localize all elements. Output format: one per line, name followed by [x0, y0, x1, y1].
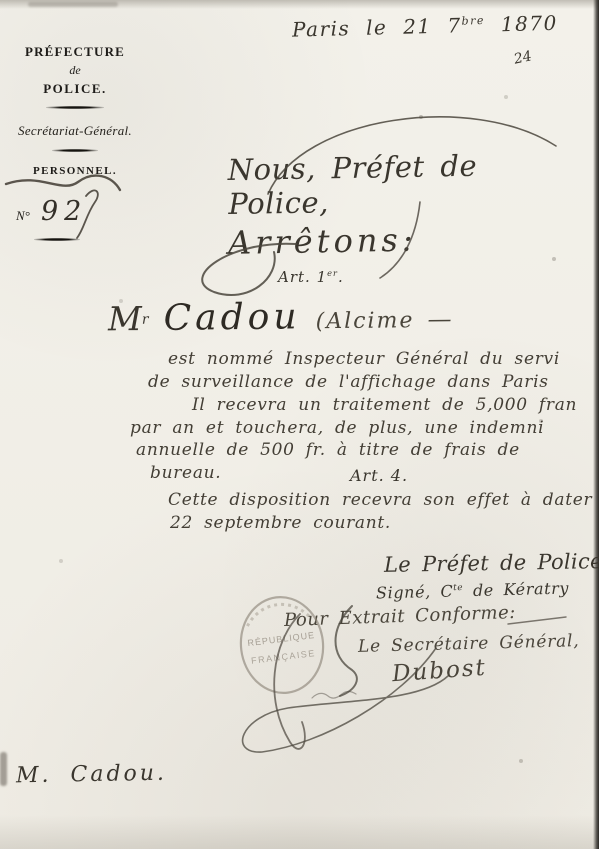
- appointee-dash: —: [427, 305, 451, 333]
- footer-reference: M. Cadou.: [16, 761, 167, 789]
- dateline-place-date: Paris le 21: [292, 14, 432, 42]
- letterhead-prefecture: PRÉFECTURE: [10, 44, 140, 60]
- appointee-forename: (Alcime: [316, 308, 415, 334]
- salutation: Nous, Préfet de Police,: [227, 147, 573, 221]
- dossier-number-value: 92: [41, 196, 87, 227]
- letterhead-police: POLICE.: [10, 81, 140, 97]
- body-line: Cette disposition recevra son effet à da…: [168, 490, 599, 510]
- appointee-title-superscript: r: [142, 312, 149, 328]
- appointee-title: M: [108, 299, 142, 338]
- letterhead-division: Secrétariat-Général.: [10, 123, 140, 139]
- letterhead-de: de: [10, 63, 140, 78]
- appointee-surname: Cadou: [163, 296, 300, 338]
- body-line: est nommé Inspecteur Général du servi: [168, 349, 560, 369]
- official-stamp: RÉPUBLIQUE FRANÇAISE: [226, 586, 338, 703]
- scanned-document-page: PRÉFECTURE de POLICE. Secrétariat-Généra…: [0, 0, 599, 849]
- letterhead: PRÉFECTURE de POLICE. Secrétariat-Généra…: [10, 44, 140, 177]
- secretary-title: Le Secrétaire Général,: [358, 631, 580, 657]
- dossier-number-label: N°: [16, 208, 30, 223]
- article-1-superscript: er: [327, 268, 338, 278]
- body-line: 22 septembre courant.: [170, 513, 391, 533]
- signed-line: Signé, Cte de Kératry: [376, 578, 569, 602]
- body-line: annuelle de 500 fr. à titre de frais de: [136, 440, 520, 460]
- letterhead-brace-flourish: [6, 176, 120, 190]
- article-1-period: .: [338, 268, 344, 286]
- body-line: bureau.: [150, 463, 221, 483]
- letterhead-divider-1: [46, 106, 104, 109]
- stamp-line-2: FRANÇAISE: [251, 648, 317, 666]
- decree-word: Arrêtons:: [228, 220, 449, 262]
- paper-speckles: [0, 0, 2, 2]
- secretary-signature: Dubost: [391, 655, 487, 688]
- signer-abbrev: C: [440, 582, 453, 601]
- signed-label: Signé,: [376, 582, 431, 602]
- scan-edge-right: [593, 0, 599, 849]
- body-line: Il recevra un traitement de 5,000 fran: [192, 395, 577, 415]
- flourish-conforme-dash: [508, 617, 566, 624]
- dateline-month: 7: [447, 13, 462, 37]
- dateline: Paris le 21 7bre 1870: [292, 10, 573, 41]
- prefect-title: Le Préfet de Police: [384, 549, 599, 577]
- letterhead-divider-3: [34, 238, 80, 241]
- body-line: de surveillance de l'affichage dans Pari…: [148, 372, 549, 392]
- scan-edge-bottom: [0, 815, 599, 849]
- dossier-number: N° 92: [16, 196, 136, 227]
- margin-note: 24: [513, 48, 534, 67]
- dateline-month-superscript: bre: [461, 14, 485, 28]
- article-1-text: Art. 1: [278, 268, 327, 286]
- letterhead-divider-2: [52, 149, 98, 152]
- stamp-line-1: RÉPUBLIQUE: [247, 630, 316, 648]
- scan-smudge-top: [28, 2, 118, 7]
- scan-smudge-left: [0, 752, 7, 786]
- body-line: par an et touchera, de plus, une indemni: [130, 418, 544, 438]
- article-1-heading: Art. 1er.: [278, 268, 344, 286]
- letterhead-bureau: PERSONNEL.: [10, 165, 140, 177]
- article-4-heading: Art. 4.: [350, 466, 408, 485]
- signer-name: de Kératry: [473, 578, 570, 600]
- appointee-line: Mr Cadou (Alcime —: [108, 294, 568, 340]
- dateline-year: 1870: [501, 11, 559, 36]
- signer-abbrev-superscript: te: [453, 583, 463, 593]
